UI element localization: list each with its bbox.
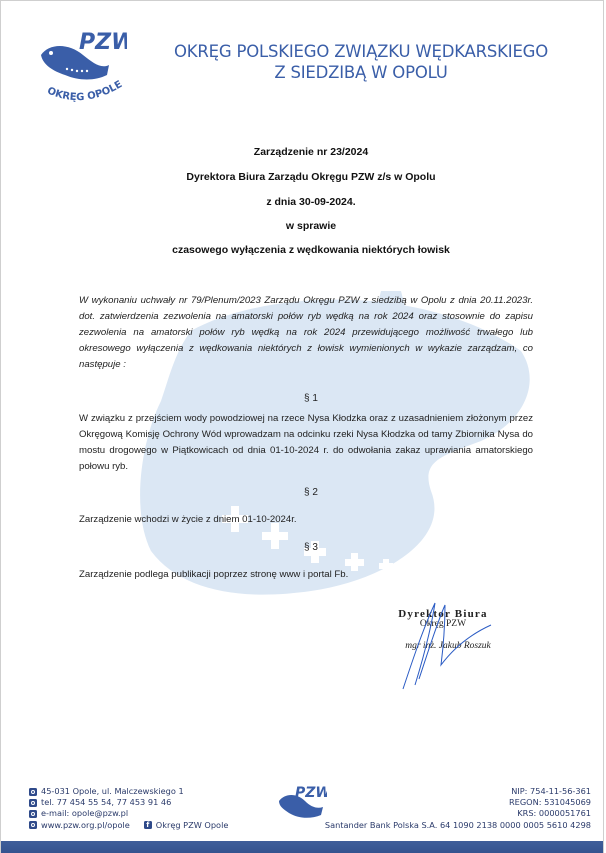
footer-email[interactable]: e-mail: opole@pzw.pl (29, 808, 228, 819)
phone-icon (29, 799, 37, 807)
footer-bank-account: Santander Bank Polska S.A. 64 1090 2138 … (325, 820, 591, 831)
org-title-line-1: OKRĘG POLSKIEGO ZWIĄZKU WĘDKARSKIEGO (161, 41, 561, 62)
footer-registry: NIP: 754-11-56-361 REGON: 531045069 KRS:… (325, 786, 591, 831)
handwritten-signature-icon (393, 599, 493, 691)
document-page: PZW OKRĘG OPOLE OKRĘG POLSKIEGO ZWIĄZKU … (0, 0, 604, 853)
regarding-label: w sprawie (101, 220, 521, 232)
section-3-mark: § 3 (261, 542, 361, 553)
document-subject: czasowego wyłączenia z wędkowania niektó… (101, 244, 521, 256)
footer-phone: tel. 77 454 55 54, 77 453 91 46 (29, 797, 228, 808)
location-icon (29, 788, 37, 796)
globe-icon (29, 821, 37, 829)
document-date: z dnia 30-09-2024. (101, 196, 521, 208)
section-1-text: W związku z przejściem wody powodziowej … (79, 411, 533, 475)
section-3-text: Zarządzenie podlega publikacji poprzez s… (79, 567, 533, 583)
footer-address: 45-031 Opole, ul. Malczewskiego 1 (29, 786, 228, 797)
footer-nip: NIP: 754-11-56-361 (325, 786, 591, 797)
organization-title: OKRĘG POLSKIEGO ZWIĄZKU WĘDKARSKIEGO Z S… (161, 41, 561, 83)
section-2-mark: § 2 (261, 487, 361, 498)
website-link[interactable]: www.pzw.org.pl/opole (41, 820, 130, 831)
pzw-logo-icon: PZW OKRĘG OPOLE (35, 25, 127, 109)
facebook-icon: f (144, 821, 152, 829)
org-title-line-2: Z SIEDZIBĄ W OPOLU (161, 62, 561, 83)
footer-regon: REGON: 531045069 (325, 797, 591, 808)
document-title: Zarządzenie nr 23/2024 (101, 146, 521, 158)
svg-text:PZW: PZW (295, 785, 327, 801)
mail-icon (29, 810, 37, 818)
section-1-mark: § 1 (261, 393, 361, 404)
footer-links: www.pzw.org.pl/opole fOkręg PZW Opole (29, 820, 228, 831)
footer-bar (1, 841, 603, 853)
section-2-text: Zarządzenie wchodzi w życie z dniem 01-1… (79, 512, 533, 528)
footer-krs: KRS: 0000051761 (325, 808, 591, 819)
svg-text:PZW: PZW (79, 30, 127, 55)
facebook-link[interactable]: Okręg PZW Opole (156, 820, 229, 831)
footer-contact: 45-031 Opole, ul. Malczewskiego 1 tel. 7… (29, 786, 228, 831)
svg-text:OKRĘG OPOLE: OKRĘG OPOLE (45, 79, 124, 103)
footer-pzw-logo-icon: PZW (277, 779, 327, 823)
document-issuer: Dyrektora Biura Zarządu Okręgu PZW z/s w… (101, 171, 521, 183)
intro-paragraph: W wykonaniu uchwały nr 79/Plenum/2023 Za… (79, 293, 533, 373)
